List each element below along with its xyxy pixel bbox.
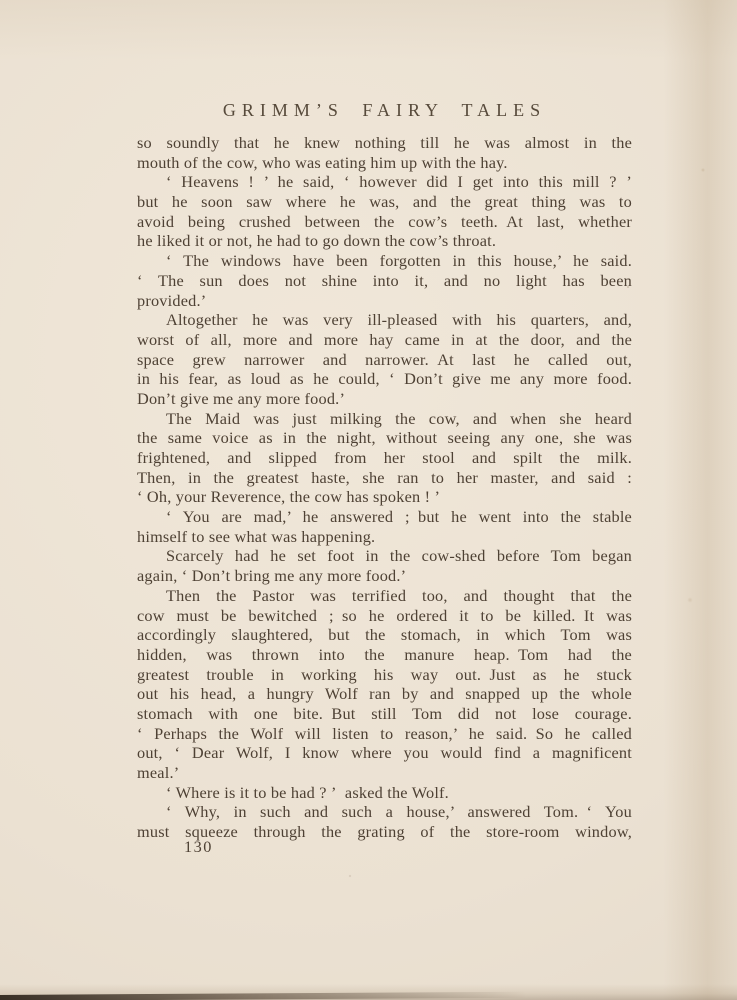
text-line: ‘ Perhaps the Wolf will listen to reason… xyxy=(137,724,632,744)
text-line: ‘ You are mad,’ he answered ; but he wen… xyxy=(137,507,632,527)
text-line: cow must be bewitched ; so he ordered it… xyxy=(137,606,632,626)
text-line: meal.’ xyxy=(137,763,632,783)
text-line: ‘ The windows have been forgotten in thi… xyxy=(137,251,632,271)
text-line: avoid being crushed between the cow’s te… xyxy=(137,212,632,232)
paragraph: ‘ Heavens ! ’ he said, ‘ however did I g… xyxy=(137,172,632,251)
text-line: accordingly slaughtered, but the stomach… xyxy=(137,625,632,645)
paragraph: The Maid was just milking the cow, and w… xyxy=(137,409,632,507)
text-line: provided.’ xyxy=(137,291,632,311)
text-line: but he soon saw where he was, and the gr… xyxy=(137,192,632,212)
text-line: hidden, was thrown into the manure heap.… xyxy=(137,645,632,665)
text-line: mouth of the cow, who was eating him up … xyxy=(137,153,632,173)
page-number: 130 xyxy=(184,837,213,857)
text-line: Then, in the greatest haste, she ran to … xyxy=(137,468,632,488)
paragraph: Scarcely had he set foot in the cow-shed… xyxy=(137,546,632,585)
text-line: out his head, a hungry Wolf ran by and s… xyxy=(137,684,632,704)
text-line: himself to see what was happening. xyxy=(137,527,632,547)
paragraph: Altogether he was very ill-pleased with … xyxy=(137,310,632,408)
text-line: worst of all, more and more hay came in … xyxy=(137,330,632,350)
text-line: he liked it or not, he had to go down th… xyxy=(137,231,632,251)
paragraph: so soundly that he knew nothing till he … xyxy=(137,133,632,172)
text-line: Then the Pastor was terrified too, and t… xyxy=(137,586,632,606)
text-line: The Maid was just milking the cow, and w… xyxy=(137,409,632,429)
text-line: ‘ Heavens ! ’ he said, ‘ however did I g… xyxy=(137,172,632,192)
text-line: out, ‘ Dear Wolf, I know where you would… xyxy=(137,743,632,763)
text-line: ‘ Why, in such and such a house,’ answer… xyxy=(137,802,632,822)
book-page: GRIMM’S FAIRY TALES so soundly that he k… xyxy=(0,0,737,1000)
paragraph: ‘ Why, in such and such a house,’ answer… xyxy=(137,802,632,841)
text-line: Scarcely had he set foot in the cow-shed… xyxy=(137,546,632,566)
paragraph: Then the Pastor was terrified too, and t… xyxy=(137,586,632,783)
text-line: Don’t give me any more food.’ xyxy=(137,389,632,409)
text-line: frightened, and slipped from her stool a… xyxy=(137,448,632,468)
text-line: again, ‘ Don’t bring me any more food.’ xyxy=(137,566,632,586)
body-text: so soundly that he knew nothing till he … xyxy=(137,133,632,842)
text-line: in his fear, as loud as he could, ‘ Don’… xyxy=(137,369,632,389)
paragraph: ‘ You are mad,’ he answered ; but he wen… xyxy=(137,507,632,546)
paragraph: ‘ The windows have been forgotten in thi… xyxy=(137,251,632,310)
text-line: stomach with one bite. But still Tom did… xyxy=(137,704,632,724)
text-line: so soundly that he knew nothing till he … xyxy=(137,133,632,153)
text-line: ‘ Oh, your Reverence, the cow has spoken… xyxy=(137,487,632,507)
text-line: Altogether he was very ill-pleased with … xyxy=(137,310,632,330)
text-line: the same voice as in the night, without … xyxy=(137,428,632,448)
paragraph: ‘ Where is it to be had ? ’ asked the Wo… xyxy=(137,783,632,803)
text-line: space grew narrower and narrower. At las… xyxy=(137,350,632,370)
running-head: GRIMM’S FAIRY TALES xyxy=(137,100,632,121)
text-line: ‘ Where is it to be had ? ’ asked the Wo… xyxy=(137,783,632,803)
text-line: greatest trouble in working his way out.… xyxy=(137,665,632,685)
text-line: ‘ The sun does not shine into it, and no… xyxy=(137,271,632,291)
